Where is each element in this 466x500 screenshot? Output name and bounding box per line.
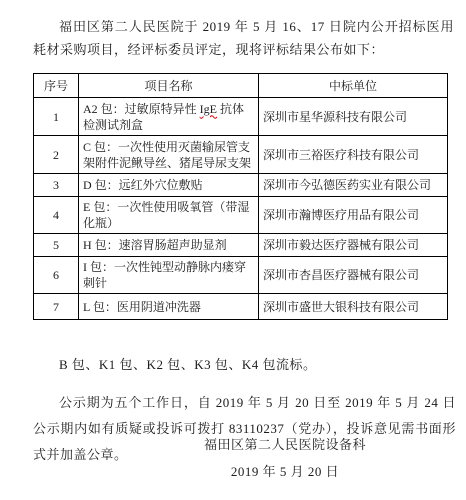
signature-block: 福田区第二人民医院设备科 2019 年 5 月 20 日 <box>204 436 366 481</box>
cell-no: 4 <box>34 197 79 234</box>
cell-winner: 深圳市三裕医疗科技有限公司 <box>259 136 448 174</box>
cell-no: 2 <box>34 136 79 174</box>
table-header-row: 序号 项目名称 中标单位 <box>34 74 448 98</box>
table-row: 3 D 包：远红外穴位敷贴 深圳市今弘德医药实业有限公司 <box>34 174 448 197</box>
cell-project: E 包：一次性使用吸氧管（带湿化瓶） <box>79 197 259 234</box>
cell-project: L 包：医用阴道冲洗器 <box>79 294 259 320</box>
table-row: 6 I 包：一次性钝型动静脉内瘘穿刺针 深圳市杏昌医疗器械有限公司 <box>34 257 448 294</box>
header-winner: 中标单位 <box>259 74 448 98</box>
cell-winner: 深圳市瀚博医疗用品有限公司 <box>259 197 448 234</box>
header-project-name: 项目名称 <box>79 74 259 98</box>
spellcheck-underlined-text: IgE <box>200 102 217 116</box>
header-no: 序号 <box>34 74 79 98</box>
cell-project: I 包：一次性钝型动静脉内瘘穿刺针 <box>79 257 259 294</box>
cell-no: 5 <box>34 234 79 257</box>
signature-date: 2019 年 5 月 20 日 <box>204 463 366 481</box>
cell-project: H 包：速溶胃肠超声助显剂 <box>79 234 259 257</box>
cell-winner: 深圳市毅达医疗器械有限公司 <box>259 234 448 257</box>
table-row: 7 L 包：医用阴道冲洗器 深圳市盛世大银科技有限公司 <box>34 294 448 320</box>
table-row: 2 C 包：一次性使用灭菌输尿管支架附件泥鳅导丝、猪尾导尿支架 深圳市三裕医疗科… <box>34 136 448 174</box>
table-row: 4 E 包：一次性使用吸氧管（带湿化瓶） 深圳市瀚博医疗用品有限公司 <box>34 197 448 234</box>
project-text: A2 包：过敏原特异性 <box>83 102 200 116</box>
cell-no: 6 <box>34 257 79 294</box>
cell-winner: 深圳市星华源科技有限公司 <box>259 98 448 136</box>
cell-project: D 包：远红外穴位敷贴 <box>79 174 259 197</box>
cell-project: A2 包：过敏原特异性 IgE 抗体检测试剂盒 <box>79 98 259 136</box>
cell-winner: 深圳市盛世大银科技有限公司 <box>259 294 448 320</box>
cell-no: 3 <box>34 174 79 197</box>
cell-winner: 深圳市今弘德医药实业有限公司 <box>259 174 448 197</box>
bid-results-table: 序号 项目名称 中标单位 1 A2 包：过敏原特异性 IgE 抗体检测试剂盒 深… <box>33 73 448 320</box>
cell-no: 1 <box>34 98 79 136</box>
signature-department: 福田区第二人民医院设备科 <box>204 436 366 454</box>
cell-winner: 深圳市杏昌医疗器械有限公司 <box>259 257 448 294</box>
cell-no: 7 <box>34 294 79 320</box>
document-page: 福田区第二人民医院于 2019 年 5 月 16、17 日院内公开招标医用耗材采… <box>0 0 466 500</box>
cell-project: C 包：一次性使用灭菌输尿管支架附件泥鳅导丝、猪尾导尿支架 <box>79 136 259 174</box>
table-row: 1 A2 包：过敏原特异性 IgE 抗体检测试剂盒 深圳市星华源科技有限公司 <box>34 98 448 136</box>
table-row: 5 H 包：速溶胃肠超声助显剂 深圳市毅达医疗器械有限公司 <box>34 234 448 257</box>
failed-packages-note: B 包、K1 包、K2 包、K3 包、K4 包流标。 <box>33 353 454 376</box>
intro-paragraph: 福田区第二人民医院于 2019 年 5 月 16、17 日院内公开招标医用耗材采… <box>33 15 454 61</box>
